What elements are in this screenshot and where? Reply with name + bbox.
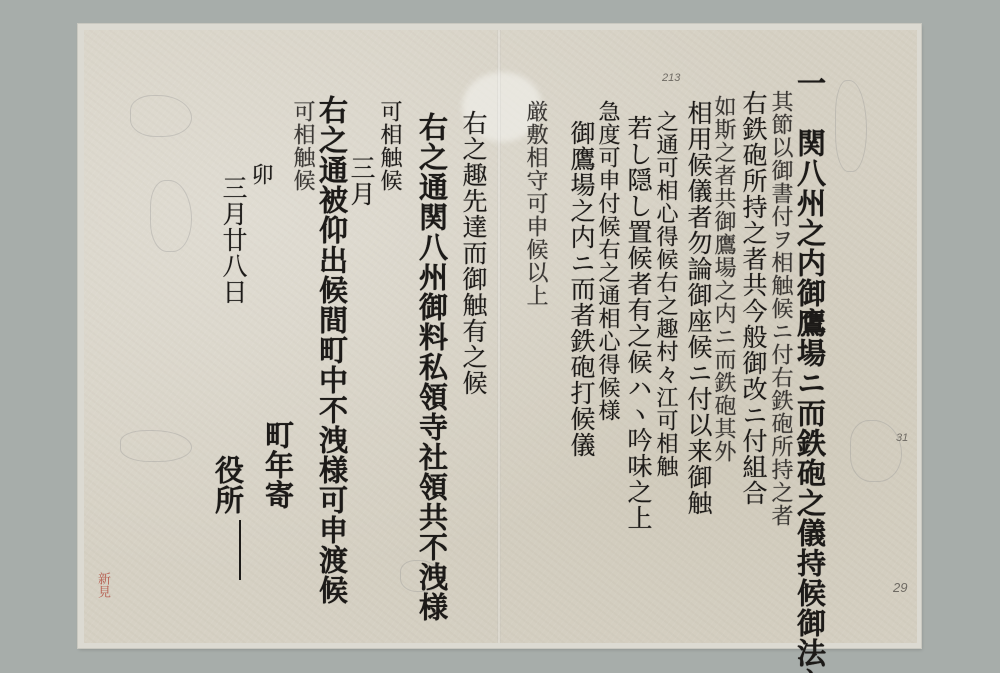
text-column: 可相触候 <box>287 100 318 320</box>
text-column: 若し隠し置候者有之候ハヽ吟味之上 <box>620 115 656 625</box>
text-column: 右之通関八州御料私領寺社領共不洩様 <box>412 112 453 612</box>
date-line: 三月廿八日 <box>215 175 251 305</box>
paper-fiber <box>120 430 192 462</box>
text-column: 相用候儀者勿論御座候ニ付以来御触 <box>680 100 716 640</box>
text-column: 右之通被仰出候間町中不洩様可申渡候 <box>312 95 353 615</box>
red-seal-mark: 新見 <box>95 572 109 598</box>
center-fold <box>497 30 501 643</box>
signature-machidoshiyori: 町年寄 <box>258 420 299 540</box>
signature-yakusho: 役所 <box>208 455 249 535</box>
text-column: 右之趣先達而御触有之候 <box>455 110 491 430</box>
paper-fiber <box>130 95 192 137</box>
page-number-top: 213 <box>662 72 680 84</box>
signature-flourish <box>239 520 241 580</box>
margin-number: 29 <box>893 580 907 595</box>
text-column: 御鷹場之内ニ而者鉄砲打候儀 <box>563 120 599 620</box>
margin-number: 31 <box>896 432 908 444</box>
text-column: 厳敷相守可申候以上 <box>520 100 551 600</box>
text-column: 右鉄砲所持之者共今般御改ニ付組合 <box>735 90 771 630</box>
text-column: 一 関八州之内御鷹場ニ而鉄砲之儀持候御法之 <box>790 68 831 628</box>
